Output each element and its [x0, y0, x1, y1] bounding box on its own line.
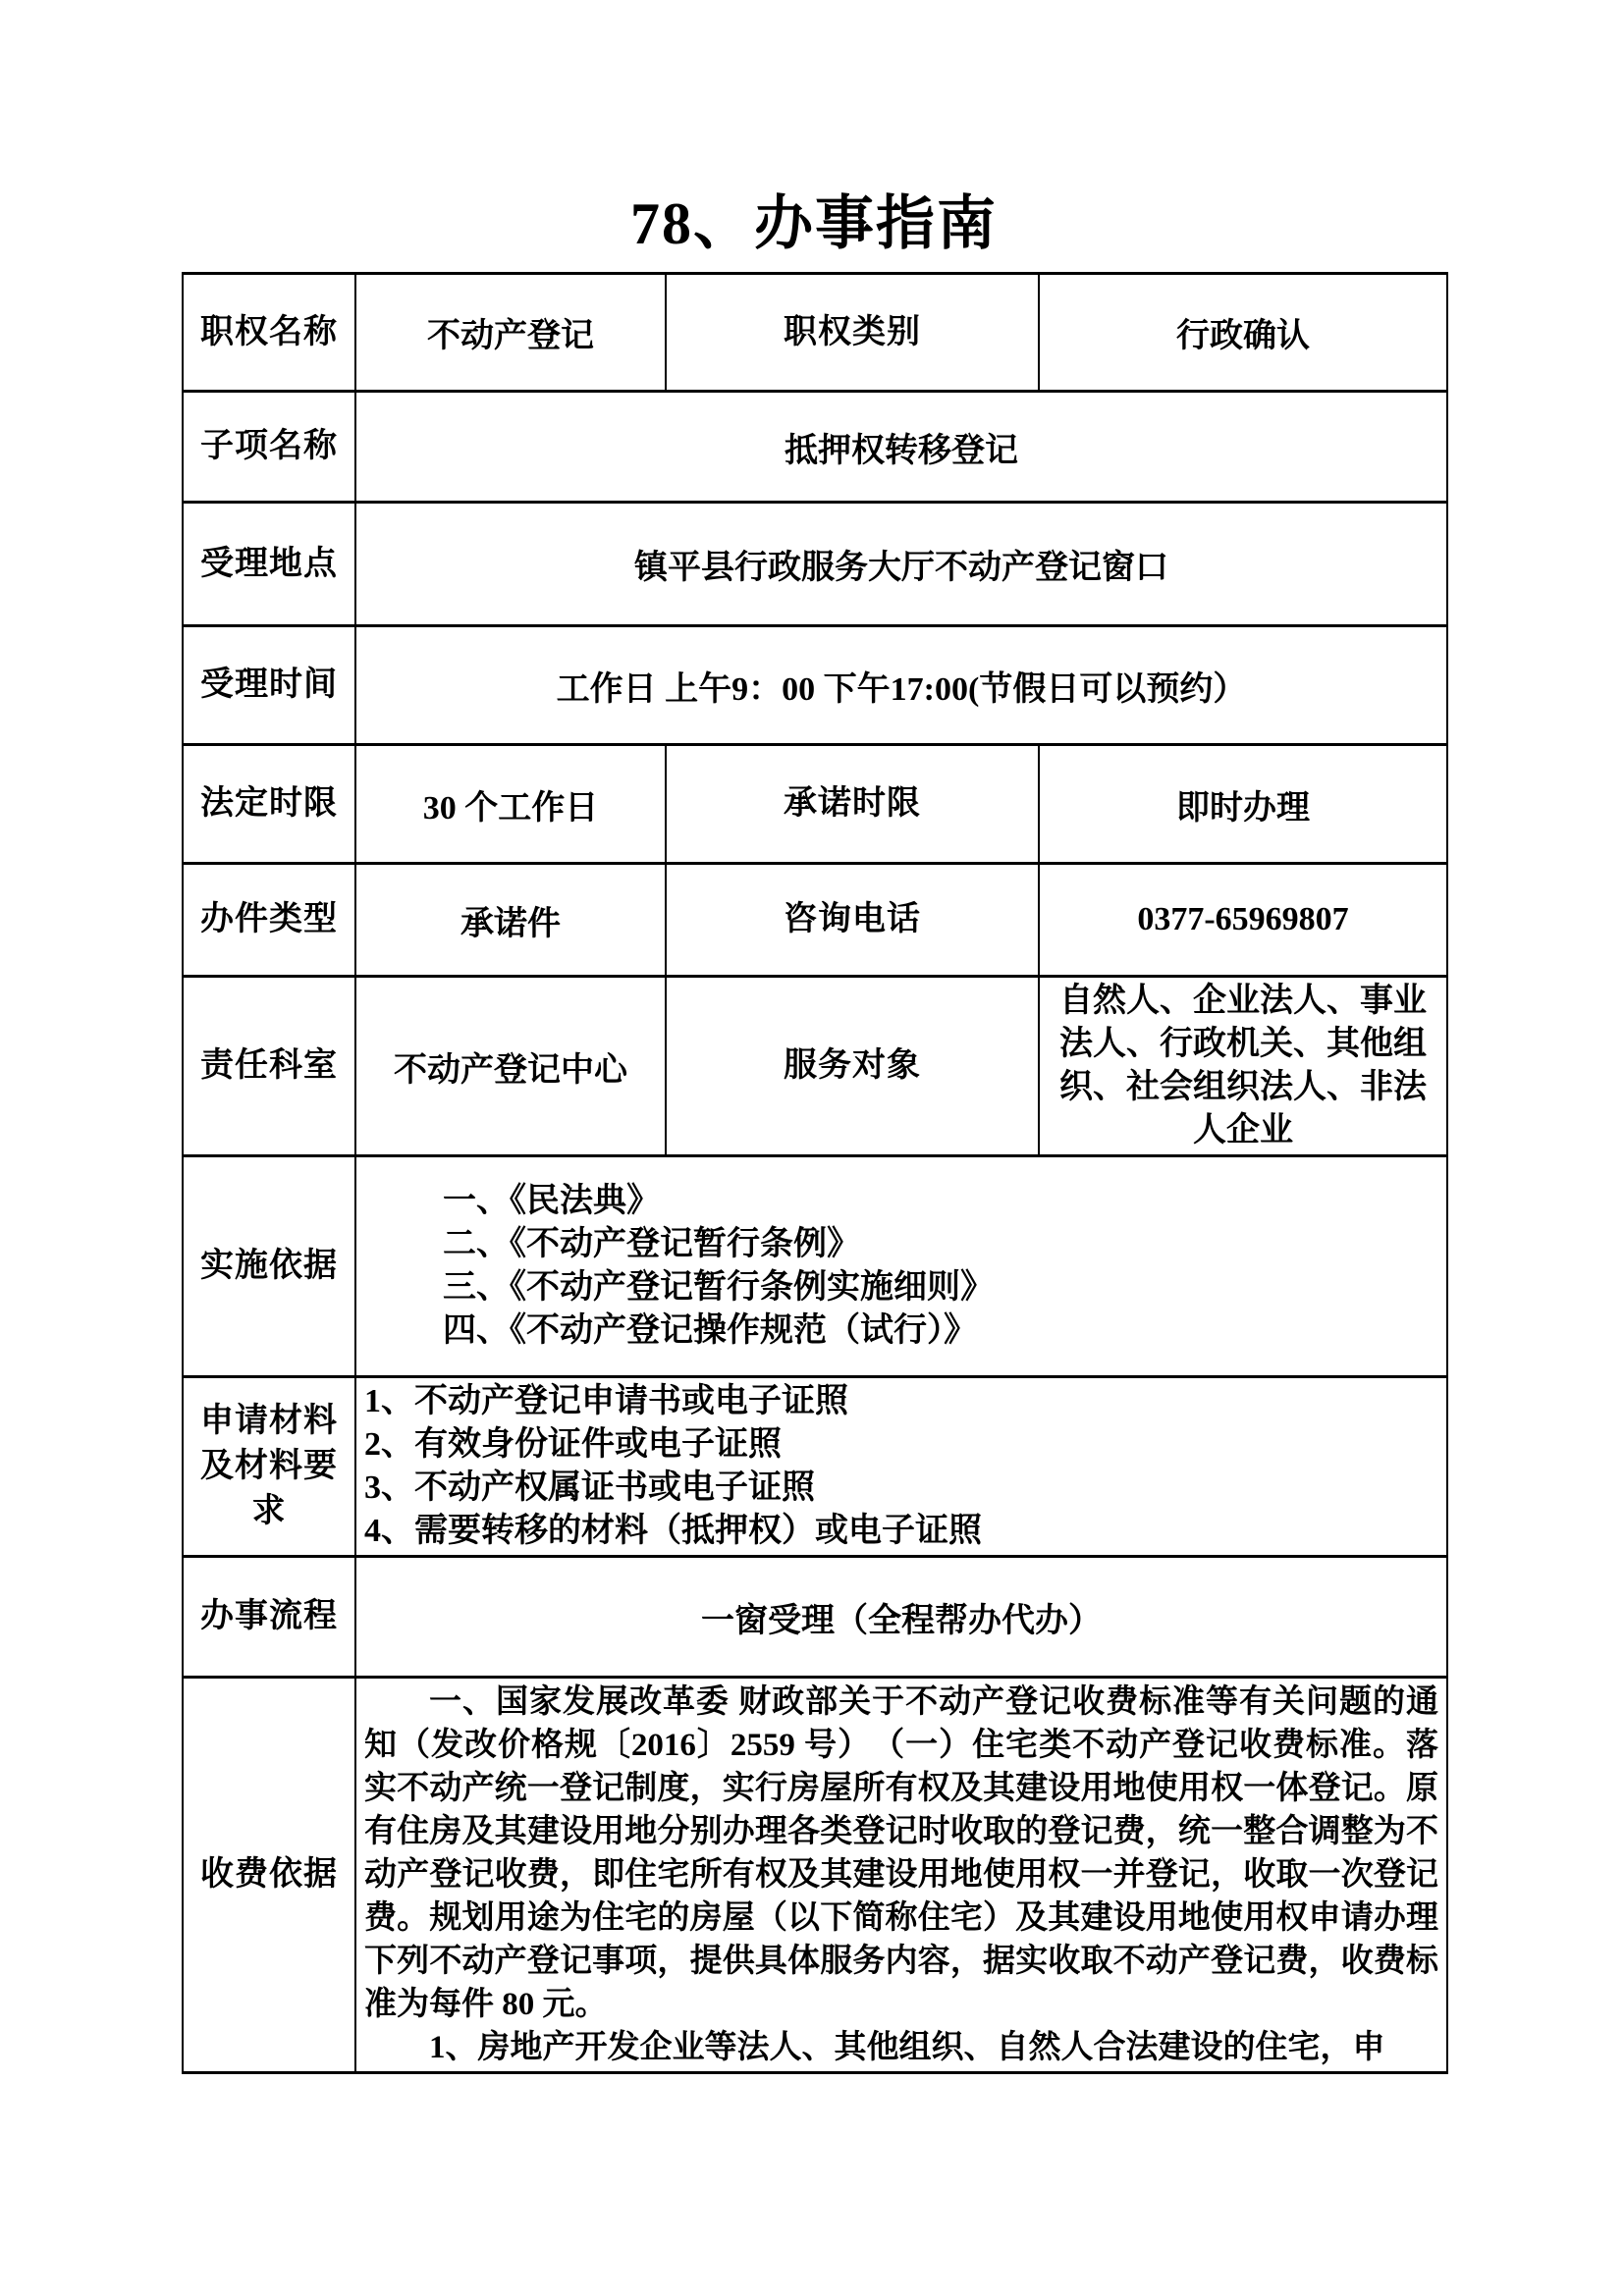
authority-name-value: 不动产登记 — [355, 274, 666, 392]
implementation-basis-label: 实施依据 — [183, 1156, 355, 1377]
implementation-basis-item: 一、《民法典》 — [443, 1180, 1438, 1223]
implementation-basis-item: 二、《不动产登记暂行条例》 — [443, 1223, 1438, 1266]
consultation-phone-value: 0377-65969807 — [1039, 864, 1447, 977]
promised-time-limit-label: 承诺时限 — [666, 745, 1039, 864]
row-item-type: 办件类型 承诺件 咨询电话 0377-65969807 — [183, 864, 1447, 977]
item-type-label: 办件类型 — [183, 864, 355, 977]
implementation-basis-list: 一、《民法典》 二、《不动产登记暂行条例》 三、《不动产登记暂行条例实施细则》 … — [355, 1156, 1447, 1377]
row-responsible-department: 责任科室 不动产登记中心 服务对象 自然人、企业法人、事业法人、行政机关、其他组… — [183, 977, 1447, 1156]
service-process-value: 一窗受理（全程帮办代办） — [355, 1557, 1447, 1678]
statutory-time-limit-value: 30 个工作日 — [355, 745, 666, 864]
acceptance-time-label: 受理时间 — [183, 626, 355, 745]
fee-basis-paragraph: 1、房地产开发企业等法人、其他组织、自然人合法建设的住宅，申 — [364, 2026, 1438, 2069]
row-authority-name: 职权名称 不动产登记 职权类别 行政确认 — [183, 274, 1447, 392]
application-materials-item: 2、有效身份证件或电子证照 — [364, 1423, 1438, 1467]
statutory-time-limit-label: 法定时限 — [183, 745, 355, 864]
fee-basis-label: 收费依据 — [183, 1678, 355, 2073]
item-type-value: 承诺件 — [355, 864, 666, 977]
responsible-department-label: 责任科室 — [183, 977, 355, 1156]
row-subitem-name: 子项名称 抵押权转移登记 — [183, 392, 1447, 503]
authority-name-label: 职权名称 — [183, 274, 355, 392]
authority-type-value: 行政确认 — [1039, 274, 1447, 392]
row-service-process: 办事流程 一窗受理（全程帮办代办） — [183, 1557, 1447, 1678]
service-guide-table: 职权名称 不动产登记 职权类别 行政确认 子项名称 抵押权转移登记 受理地点 镇… — [182, 272, 1448, 2074]
row-acceptance-time: 受理时间 工作日 上午9：00 下午17:00(节假日可以预约） — [183, 626, 1447, 745]
consultation-phone-label: 咨询电话 — [666, 864, 1039, 977]
service-target-value: 自然人、企业法人、事业法人、行政机关、其他组织、社会组织法人、非法人企业 — [1039, 977, 1447, 1156]
row-statutory-time-limit: 法定时限 30 个工作日 承诺时限 即时办理 — [183, 745, 1447, 864]
acceptance-time-value: 工作日 上午9：00 下午17:00(节假日可以预约） — [355, 626, 1447, 745]
page-title: 78、办事指南 — [182, 188, 1446, 259]
service-process-label: 办事流程 — [183, 1557, 355, 1678]
row-fee-basis: 收费依据 一、国家发展改革委 财政部关于不动产登记收费标准等有关问题的通知（发改… — [183, 1678, 1447, 2073]
acceptance-location-value: 镇平县行政服务大厅不动产登记窗口 — [355, 503, 1447, 626]
subitem-name-value: 抵押权转移登记 — [355, 392, 1447, 503]
row-implementation-basis: 实施依据 一、《民法典》 二、《不动产登记暂行条例》 三、《不动产登记暂行条例实… — [183, 1156, 1447, 1377]
acceptance-location-label: 受理地点 — [183, 503, 355, 626]
row-acceptance-location: 受理地点 镇平县行政服务大厅不动产登记窗口 — [183, 503, 1447, 626]
fee-basis-paragraph: 一、国家发展改革委 财政部关于不动产登记收费标准等有关问题的通知（发改价格规〔2… — [364, 1681, 1438, 2026]
promised-time-limit-value: 即时办理 — [1039, 745, 1447, 864]
application-materials-item: 1、不动产登记申请书或电子证照 — [364, 1380, 1438, 1423]
application-materials-item: 3、不动产权属证书或电子证照 — [364, 1467, 1438, 1510]
fee-basis-text: 一、国家发展改革委 财政部关于不动产登记收费标准等有关问题的通知（发改价格规〔2… — [355, 1678, 1447, 2073]
row-application-materials: 申请材料及材料要求 1、不动产登记申请书或电子证照 2、有效身份证件或电子证照 … — [183, 1377, 1447, 1557]
application-materials-label: 申请材料及材料要求 — [183, 1377, 355, 1557]
service-target-label: 服务对象 — [666, 977, 1039, 1156]
responsible-department-value: 不动产登记中心 — [355, 977, 666, 1156]
implementation-basis-item: 三、《不动产登记暂行条例实施细则》 — [443, 1266, 1438, 1309]
application-materials-list: 1、不动产登记申请书或电子证照 2、有效身份证件或电子证照 3、不动产权属证书或… — [355, 1377, 1447, 1557]
subitem-name-label: 子项名称 — [183, 392, 355, 503]
authority-type-label: 职权类别 — [666, 274, 1039, 392]
application-materials-item: 4、需要转移的材料（抵押权）或电子证照 — [364, 1510, 1438, 1553]
implementation-basis-item: 四、《不动产登记操作规范（试行）》 — [443, 1309, 1438, 1353]
